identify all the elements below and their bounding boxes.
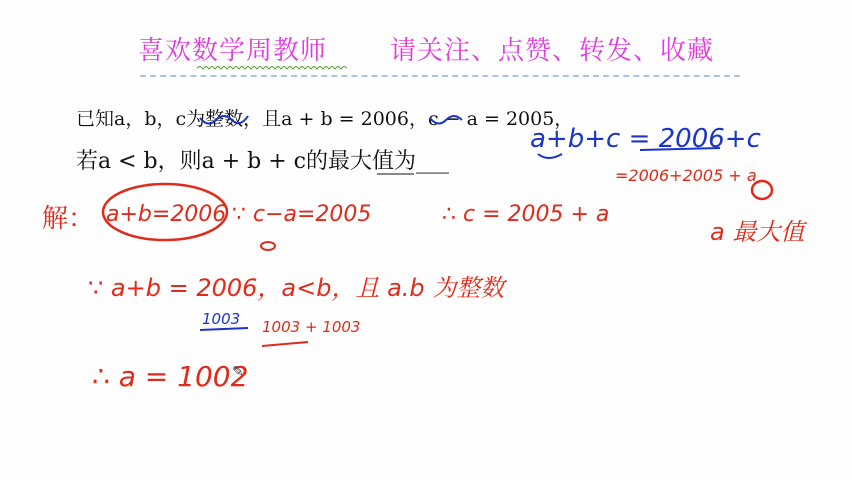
blue-expression: a+b+c = 2006+c xyxy=(530,124,761,154)
solution-label: 解： xyxy=(42,198,94,235)
blue-1003: 1003 xyxy=(202,310,240,328)
pencil-cursor-icon: ✎ xyxy=(232,364,244,380)
solution-step-3: 1003 + 1003 xyxy=(262,318,360,336)
problem-line-2: 若a < b，则a + b + c的最大值为___ xyxy=(76,144,449,175)
max-value-note: a 最大值 xyxy=(710,212,804,247)
banner-divider xyxy=(140,75,740,77)
solution-step-1a: a+b=2006 xyxy=(106,202,226,227)
spellcheck-squiggle xyxy=(197,66,347,70)
banner-call-to-action: 请关注、点赞、转发、收藏 xyxy=(390,30,714,67)
red-substitution: =2006+2005 + a xyxy=(615,166,757,185)
banner-title-left: 喜欢数学周教师 xyxy=(138,30,327,67)
solution-step-2: ∵ a+b = 2006，a<b，且 a.b 为整数 xyxy=(88,268,504,303)
solution-step-4: ∴ a = 1002 xyxy=(92,360,248,393)
solution-step-1b: ∵ c−a=2005 xyxy=(232,202,371,227)
problem-line-1: 已知a，b，c为整数，且a + b = 2006，c − a = 2005， xyxy=(76,104,573,131)
solution-step-1c: ∴ c = 2005 + a xyxy=(442,202,609,227)
